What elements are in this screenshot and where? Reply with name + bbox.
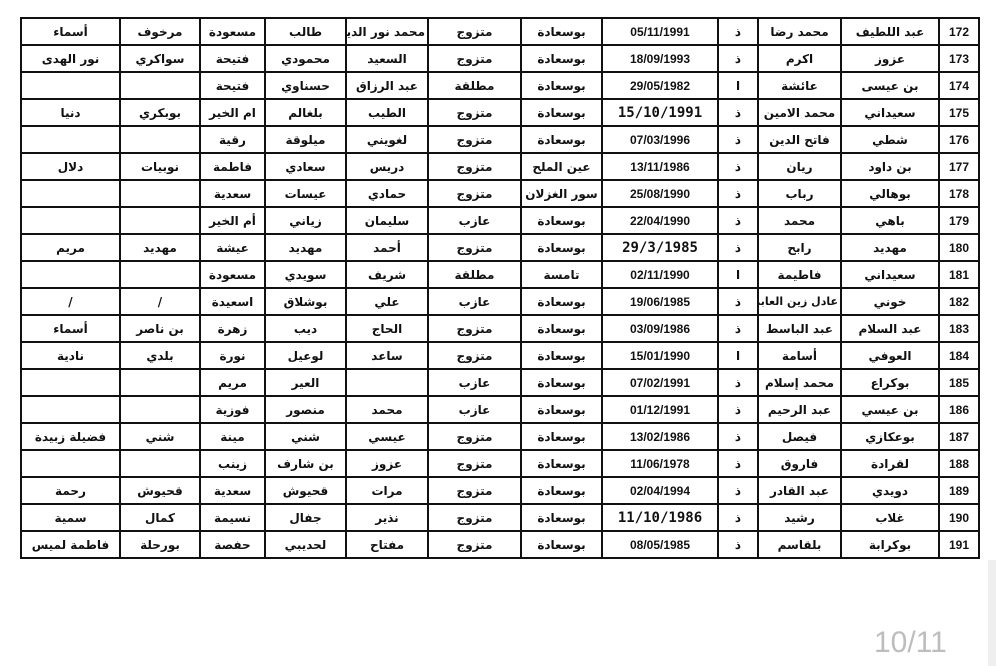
spouse-last-name-cell — [120, 180, 200, 207]
table-row: دلالنوبياتفاطمةسعاديدريسمتزوجعين الملح13… — [21, 153, 979, 180]
spouse-last-name-cell: مرخوف — [120, 18, 200, 45]
last-name-cell: عزوز — [841, 45, 939, 72]
last-name-cell: خوني — [841, 288, 939, 315]
mother-last-name-cell: لوعيل — [265, 342, 346, 369]
birthplace-cell: بوسعادة — [521, 234, 602, 261]
birth-date-cell: 11/06/1978 — [602, 450, 718, 477]
marital-status-cell: متزوج — [428, 45, 521, 72]
marital-status-cell: مطلقة — [428, 261, 521, 288]
mother-first-name-cell: نورة — [200, 342, 265, 369]
father-name-cell: الطيب — [346, 99, 428, 126]
gender-cell: ذ — [718, 396, 758, 423]
table-row: دنيابوبكريام الخيربلغالمالطيبمتزوجبوسعاد… — [21, 99, 979, 126]
table-row: فتيحةحسناويعبد الرزاقمطلقةبوسعادة29/05/1… — [21, 72, 979, 99]
gender-cell: ذ — [718, 45, 758, 72]
register-table: أسماءمرخوفمسعودةطالبمحمد نور الدينمتزوجب… — [20, 17, 980, 559]
mother-first-name-cell: فاطمة — [200, 153, 265, 180]
spouse-first-name-cell: نور الهدى — [21, 45, 120, 72]
mother-last-name-cell: مهديد — [265, 234, 346, 261]
last-name-cell: دويدي — [841, 477, 939, 504]
mother-last-name-cell: عيسات — [265, 180, 346, 207]
row-number-cell: 179 — [939, 207, 979, 234]
birth-date-cell: 03/09/1986 — [602, 315, 718, 342]
birth-date-cell: 08/05/1985 — [602, 531, 718, 558]
spouse-first-name-cell: دلال — [21, 153, 120, 180]
table-row: رحمةقحيوشسعديةقحيوشمراتمتزوجبوسعادة02/04… — [21, 477, 979, 504]
last-name-cell: بوعكازي — [841, 423, 939, 450]
father-name-cell: عزوز — [346, 450, 428, 477]
last-name-cell: سعيداني — [841, 99, 939, 126]
mother-last-name-cell: جفال — [265, 504, 346, 531]
first-name-cell: محمد إسلام — [758, 369, 841, 396]
first-name-cell: أسامة — [758, 342, 841, 369]
last-name-cell: بوهالي — [841, 180, 939, 207]
gender-cell: ذ — [718, 504, 758, 531]
mother-last-name-cell: لحديبي — [265, 531, 346, 558]
marital-status-cell: متزوج — [428, 450, 521, 477]
table-row: زينببن شارفعزوزمتزوجبوسعادة11/06/1978ذفا… — [21, 450, 979, 477]
mother-first-name-cell: فتيحة — [200, 45, 265, 72]
birth-date-cell: 02/04/1994 — [602, 477, 718, 504]
table-row: مسعودةسويديشريفمطلقةتامسة02/11/1990افاطي… — [21, 261, 979, 288]
gender-cell: ذ — [718, 18, 758, 45]
gender-cell: ذ — [718, 207, 758, 234]
spouse-first-name-cell: سمية — [21, 504, 120, 531]
birth-date-cell: 29/05/1982 — [602, 72, 718, 99]
birth-date-cell: 18/09/1993 — [602, 45, 718, 72]
mother-last-name-cell: العير — [265, 369, 346, 396]
father-name-cell: السعيد — [346, 45, 428, 72]
mother-first-name-cell: حفصة — [200, 531, 265, 558]
gender-cell: ا — [718, 72, 758, 99]
spouse-last-name-cell: شني — [120, 423, 200, 450]
last-name-cell: شطي — [841, 126, 939, 153]
table-row: نور الهدىسواكريفتيحةمحموديالسعيدمتزوجبوس… — [21, 45, 979, 72]
marital-status-cell: عازب — [428, 369, 521, 396]
last-name-cell: بن عيسى — [841, 72, 939, 99]
row-number-cell: 175 — [939, 99, 979, 126]
gender-cell: ذ — [718, 99, 758, 126]
mother-last-name-cell: بوشلاق — [265, 288, 346, 315]
row-number-cell: 185 — [939, 369, 979, 396]
marital-status-cell: متزوج — [428, 234, 521, 261]
birth-date-cell: 11/10/1986 — [602, 504, 718, 531]
spouse-last-name-cell — [120, 72, 200, 99]
father-name-cell: نذير — [346, 504, 428, 531]
row-number-cell: 189 — [939, 477, 979, 504]
page-edge — [988, 560, 996, 666]
birthplace-cell: بوسعادة — [521, 126, 602, 153]
spouse-first-name-cell — [21, 261, 120, 288]
spouse-first-name-cell — [21, 450, 120, 477]
spouse-first-name-cell: / — [21, 288, 120, 315]
birthplace-cell: بوسعادة — [521, 315, 602, 342]
first-name-cell: محمد رضا — [758, 18, 841, 45]
mother-first-name-cell: مسعودة — [200, 261, 265, 288]
gender-cell: ذ — [718, 126, 758, 153]
last-name-cell: غلاب — [841, 504, 939, 531]
mother-first-name-cell: ام الخير — [200, 99, 265, 126]
table-body: أسماءمرخوفمسعودةطالبمحمد نور الدينمتزوجب… — [21, 18, 979, 558]
row-number-cell: 174 — [939, 72, 979, 99]
father-name-cell: ساعد — [346, 342, 428, 369]
spouse-last-name-cell: مهديد — [120, 234, 200, 261]
birthplace-cell: بوسعادة — [521, 207, 602, 234]
father-name-cell: مفتاح — [346, 531, 428, 558]
mother-first-name-cell: مينة — [200, 423, 265, 450]
spouse-last-name-cell: بوبكري — [120, 99, 200, 126]
birth-date-cell: 13/11/1986 — [602, 153, 718, 180]
father-name-cell: علي — [346, 288, 428, 315]
marital-status-cell: متزوج — [428, 153, 521, 180]
spouse-first-name-cell: دنيا — [21, 99, 120, 126]
marital-status-cell: متزوج — [428, 18, 521, 45]
mother-first-name-cell: سعدية — [200, 180, 265, 207]
spouse-first-name-cell: أسماء — [21, 315, 120, 342]
table-row: فاطمة لميسبورحلةحفصةلحديبيمفتاحمتزوجبوسع… — [21, 531, 979, 558]
gender-cell: ذ — [718, 288, 758, 315]
last-name-cell: العوفي — [841, 342, 939, 369]
mother-first-name-cell: رقية — [200, 126, 265, 153]
spouse-first-name-cell — [21, 72, 120, 99]
gender-cell: ذ — [718, 477, 758, 504]
birth-date-cell: 25/08/1990 — [602, 180, 718, 207]
birth-date-cell: 22/04/1990 — [602, 207, 718, 234]
first-name-cell: محمد الامين — [758, 99, 841, 126]
mother-first-name-cell: عيشة — [200, 234, 265, 261]
birthplace-cell: بوسعادة — [521, 423, 602, 450]
first-name-cell: رابح — [758, 234, 841, 261]
row-number-cell: 190 — [939, 504, 979, 531]
table-row: أسماءمرخوفمسعودةطالبمحمد نور الدينمتزوجب… — [21, 18, 979, 45]
birth-date-cell: 02/11/1990 — [602, 261, 718, 288]
first-name-cell: ريان — [758, 153, 841, 180]
spouse-last-name-cell: / — [120, 288, 200, 315]
row-number-cell: 177 — [939, 153, 979, 180]
mother-last-name-cell: محمودي — [265, 45, 346, 72]
first-name-cell: فاتح الدين — [758, 126, 841, 153]
mother-first-name-cell: زهرة — [200, 315, 265, 342]
spouse-last-name-cell — [120, 396, 200, 423]
spouse-first-name-cell: أسماء — [21, 18, 120, 45]
father-name-cell: عبد الرزاق — [346, 72, 428, 99]
birth-date-cell: 01/12/1991 — [602, 396, 718, 423]
table-row: مريمالعيرعازببوسعادة07/02/1991ذمحمد إسلا… — [21, 369, 979, 396]
father-name-cell — [346, 369, 428, 396]
last-name-cell: بن داود — [841, 153, 939, 180]
row-number-cell: 182 — [939, 288, 979, 315]
marital-status-cell: متزوج — [428, 315, 521, 342]
mother-first-name-cell: فوزية — [200, 396, 265, 423]
birthplace-cell: بوسعادة — [521, 45, 602, 72]
last-name-cell: مهديد — [841, 234, 939, 261]
last-name-cell: بن عيسي — [841, 396, 939, 423]
mother-first-name-cell: نسيمة — [200, 504, 265, 531]
first-name-cell: فاطيمة — [758, 261, 841, 288]
father-name-cell: أحمد — [346, 234, 428, 261]
birthplace-cell: بوسعادة — [521, 450, 602, 477]
last-name-cell: بوكرابة — [841, 531, 939, 558]
first-name-cell: عبد الرحيم — [758, 396, 841, 423]
gender-cell: ا — [718, 261, 758, 288]
row-number-cell: 187 — [939, 423, 979, 450]
row-number-cell: 188 — [939, 450, 979, 477]
marital-status-cell: متزوج — [428, 126, 521, 153]
row-number-cell: 178 — [939, 180, 979, 207]
spouse-last-name-cell — [120, 450, 200, 477]
spouse-last-name-cell: بورحلة — [120, 531, 200, 558]
gender-cell: ذ — [718, 153, 758, 180]
first-name-cell: بلقاسم — [758, 531, 841, 558]
row-number-cell: 173 — [939, 45, 979, 72]
father-name-cell: عيسي — [346, 423, 428, 450]
mother-last-name-cell: حسناوي — [265, 72, 346, 99]
birth-date-cell: 07/03/1996 — [602, 126, 718, 153]
father-name-cell: دريس — [346, 153, 428, 180]
marital-status-cell: متزوج — [428, 423, 521, 450]
marital-status-cell: متزوج — [428, 180, 521, 207]
mother-last-name-cell: طالب — [265, 18, 346, 45]
spouse-first-name-cell: فاطمة لميس — [21, 531, 120, 558]
first-name-cell: محمد — [758, 207, 841, 234]
spouse-last-name-cell — [120, 369, 200, 396]
birthplace-cell: بوسعادة — [521, 72, 602, 99]
birth-date-cell: 05/11/1991 — [602, 18, 718, 45]
table-row: فوزيةمنصورمحمدعازببوسعادة01/12/1991ذعبد … — [21, 396, 979, 423]
mother-last-name-cell: منصور — [265, 396, 346, 423]
father-name-cell: لغويني — [346, 126, 428, 153]
marital-status-cell: عازب — [428, 396, 521, 423]
first-name-cell: فاروق — [758, 450, 841, 477]
mother-first-name-cell: أم الخير — [200, 207, 265, 234]
first-name-cell: فيصل — [758, 423, 841, 450]
first-name-cell: رشيد — [758, 504, 841, 531]
birthplace-cell: بوسعادة — [521, 531, 602, 558]
father-name-cell: شريف — [346, 261, 428, 288]
birthplace-cell: بوسعادة — [521, 99, 602, 126]
father-name-cell: حمادي — [346, 180, 428, 207]
birthplace-cell: بوسعادة — [521, 396, 602, 423]
gender-cell: ذ — [718, 531, 758, 558]
marital-status-cell: متزوج — [428, 504, 521, 531]
last-name-cell: عبد اللطيف — [841, 18, 939, 45]
last-name-cell: لقرادة — [841, 450, 939, 477]
birthplace-cell: تامسة — [521, 261, 602, 288]
table-row: //اسعيدةبوشلاقعليعازببوسعادة19/06/1985ذع… — [21, 288, 979, 315]
table-row: فضيلة زبيدةشنيمينةشنيعيسيمتزوجبوسعادة13/… — [21, 423, 979, 450]
gender-cell: ا — [718, 342, 758, 369]
last-name-cell: سعيداني — [841, 261, 939, 288]
first-name-cell: اكرم — [758, 45, 841, 72]
father-name-cell: سليمان — [346, 207, 428, 234]
row-number-cell: 186 — [939, 396, 979, 423]
marital-status-cell: متزوج — [428, 99, 521, 126]
spouse-last-name-cell — [120, 261, 200, 288]
marital-status-cell: عازب — [428, 288, 521, 315]
spouse-first-name-cell: مريم — [21, 234, 120, 261]
spouse-last-name-cell — [120, 207, 200, 234]
mother-first-name-cell: زينب — [200, 450, 265, 477]
row-number-cell: 183 — [939, 315, 979, 342]
mother-first-name-cell: مريم — [200, 369, 265, 396]
birthplace-cell: سور الغزلان — [521, 180, 602, 207]
table-row: أم الخيرزيانيسليمانعازببوسعادة22/04/1990… — [21, 207, 979, 234]
first-name-cell: عائشة — [758, 72, 841, 99]
birth-date-cell: 15/10/1991 — [602, 99, 718, 126]
table-row: ناديةبلدينورةلوعيلساعدمتزوجبوسعادة15/01/… — [21, 342, 979, 369]
marital-status-cell: مطلقة — [428, 72, 521, 99]
mother-first-name-cell: فتيحة — [200, 72, 265, 99]
table-row: سعديةعيساتحماديمتزوجسور الغزلان25/08/199… — [21, 180, 979, 207]
page-indicator: 10/11 — [874, 626, 947, 660]
mother-first-name-cell: مسعودة — [200, 18, 265, 45]
mother-last-name-cell: سعادي — [265, 153, 346, 180]
spouse-last-name-cell: نوبيات — [120, 153, 200, 180]
gender-cell: ذ — [718, 315, 758, 342]
mother-last-name-cell: قحيوش — [265, 477, 346, 504]
row-number-cell: 184 — [939, 342, 979, 369]
spouse-last-name-cell: سواكري — [120, 45, 200, 72]
mother-first-name-cell: اسعيدة — [200, 288, 265, 315]
gender-cell: ذ — [718, 234, 758, 261]
marital-status-cell: متزوج — [428, 531, 521, 558]
father-name-cell: الحاج — [346, 315, 428, 342]
birthplace-cell: بوسعادة — [521, 477, 602, 504]
spouse-last-name-cell: كمال — [120, 504, 200, 531]
gender-cell: ذ — [718, 180, 758, 207]
table-row: أسماءبن ناصرزهرةديبالحاجمتزوجبوسعادة03/0… — [21, 315, 979, 342]
marital-status-cell: عازب — [428, 207, 521, 234]
spouse-last-name-cell: قحيوش — [120, 477, 200, 504]
spouse-first-name-cell: فضيلة زبيدة — [21, 423, 120, 450]
birth-date-cell: 19/06/1985 — [602, 288, 718, 315]
row-number-cell: 176 — [939, 126, 979, 153]
mother-first-name-cell: سعدية — [200, 477, 265, 504]
spouse-first-name-cell — [21, 207, 120, 234]
mother-last-name-cell: شني — [265, 423, 346, 450]
mother-last-name-cell: بلغالم — [265, 99, 346, 126]
birthplace-cell: بوسعادة — [521, 342, 602, 369]
spouse-first-name-cell: نادية — [21, 342, 120, 369]
row-number-cell: 181 — [939, 261, 979, 288]
table-row: رقيةميلوقةلغوينيمتزوجبوسعادة07/03/1996ذف… — [21, 126, 979, 153]
birthplace-cell: بوسعادة — [521, 369, 602, 396]
mother-last-name-cell: ديب — [265, 315, 346, 342]
mother-last-name-cell: ميلوقة — [265, 126, 346, 153]
first-name-cell: عبد القادر — [758, 477, 841, 504]
spouse-first-name-cell — [21, 180, 120, 207]
father-name-cell: محمد — [346, 396, 428, 423]
last-name-cell: عبد السلام — [841, 315, 939, 342]
birthplace-cell: بوسعادة — [521, 288, 602, 315]
first-name-cell: رباب — [758, 180, 841, 207]
gender-cell: ذ — [718, 423, 758, 450]
spouse-last-name-cell: بلدي — [120, 342, 200, 369]
last-name-cell: بوكراع — [841, 369, 939, 396]
table-row: سميةكمالنسيمةجفالنذيرمتزوجبوسعادة11/10/1… — [21, 504, 979, 531]
marital-status-cell: متزوج — [428, 342, 521, 369]
father-name-cell: مرات — [346, 477, 428, 504]
spouse-first-name-cell — [21, 126, 120, 153]
spouse-first-name-cell — [21, 396, 120, 423]
row-number-cell: 191 — [939, 531, 979, 558]
gender-cell: ذ — [718, 369, 758, 396]
gender-cell: ذ — [718, 450, 758, 477]
birthplace-cell: بوسعادة — [521, 504, 602, 531]
first-name-cell: عبد الباسط — [758, 315, 841, 342]
spouse-first-name-cell: رحمة — [21, 477, 120, 504]
row-number-cell: 172 — [939, 18, 979, 45]
mother-last-name-cell: سويدي — [265, 261, 346, 288]
mother-last-name-cell: بن شارف — [265, 450, 346, 477]
birth-date-cell: 13/02/1986 — [602, 423, 718, 450]
birth-date-cell: 07/02/1991 — [602, 369, 718, 396]
spouse-last-name-cell: بن ناصر — [120, 315, 200, 342]
spouse-last-name-cell — [120, 126, 200, 153]
marital-status-cell: متزوج — [428, 477, 521, 504]
birth-date-cell: 29/3/1985 — [602, 234, 718, 261]
birthplace-cell: عين الملح — [521, 153, 602, 180]
spouse-first-name-cell — [21, 369, 120, 396]
birthplace-cell: بوسعادة — [521, 18, 602, 45]
father-name-cell: محمد نور الدين — [346, 18, 428, 45]
table-row: مريممهديدعيشةمهديدأحمدمتزوجبوسعادة29/3/1… — [21, 234, 979, 261]
birth-date-cell: 15/01/1990 — [602, 342, 718, 369]
row-number-cell: 180 — [939, 234, 979, 261]
last-name-cell: باهي — [841, 207, 939, 234]
first-name-cell: عادل زين العابدين — [758, 288, 841, 315]
mother-last-name-cell: زياني — [265, 207, 346, 234]
